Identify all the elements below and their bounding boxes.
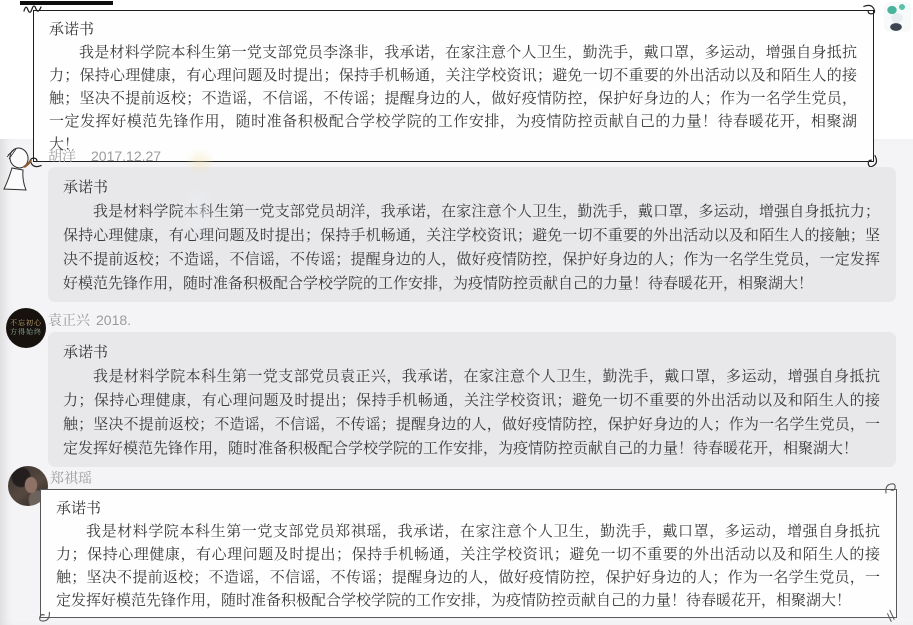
avatar-motto-line2: 方得始终	[10, 328, 42, 337]
message-list: 承诺书 我是材料学院本科生第一党支部党员李涤非，我承诺，在家注意个人卫生，勤洗手…	[0, 0, 913, 625]
author-name: 胡洋	[48, 148, 76, 164]
letter-body: 我是材料学院本科生第一党支部党员郑祺瑶，我承诺，在家注意个人卫生，勤洗手，戴口罩…	[56, 520, 880, 612]
avatar-motto-line1: 不忘初心	[10, 319, 42, 328]
letter-title: 承诺书	[56, 497, 880, 520]
letter-body: 我是材料学院本科生第一党支部党员袁正兴，我承诺，在家注意个人卫生，勤洗手，戴口罩…	[63, 365, 880, 461]
sketch-curl-icon	[881, 481, 901, 495]
sketch-tick-icon	[881, 604, 901, 625]
commitment-card[interactable]: 承诺书 我是材料学院本科生第一党支部党员李涤非，我承诺，在家注意个人卫生，勤洗手…	[33, 10, 874, 162]
timestamp: 2017.12.27	[91, 148, 161, 164]
letter-title: 承诺书	[63, 341, 880, 365]
author-name: 郑祺瑶	[50, 470, 92, 486]
message-bubble[interactable]: 承诺书 我是材料学院本科生第一党支部党员胡洋，我承诺，在家注意个人卫生，勤洗手，…	[48, 167, 896, 302]
message-meta: 郑祺瑶	[50, 468, 92, 488]
self-avatar[interactable]	[884, 2, 911, 32]
sketch-curl-icon	[33, 609, 54, 625]
sketch-person-icon	[2, 147, 42, 191]
top-border-line	[20, 1, 113, 5]
chat-screen: { "page": { "background_top": "#ffffff",…	[0, 0, 913, 625]
commitment-card[interactable]: 承诺书 我是材料学院本科生第一党支部党员郑祺瑶，我承诺，在家注意个人卫生，勤洗手…	[40, 489, 897, 618]
author-name: 袁正兴	[48, 312, 90, 328]
letter-body: 我是材料学院本科生第一党支部党员李涤非，我承诺，在家注意个人卫生，勤洗手，戴口罩…	[49, 41, 857, 156]
seal-avatar[interactable]: 不忘初心 方得始终	[6, 308, 46, 348]
letter-title: 承诺书	[63, 176, 880, 200]
message-bubble[interactable]: 承诺书 我是材料学院本科生第一党支部党员袁正兴，我承诺，在家注意个人卫生，勤洗手…	[48, 332, 896, 467]
message-meta: 胡洋2017.12.27	[48, 146, 161, 166]
letter-body: 我是材料学院本科生第一党支部党员胡洋，我承诺，在家注意个人卫生，勤洗手，戴口罩，…	[63, 200, 880, 296]
timestamp: 2018.	[96, 312, 131, 328]
sketch-curl-icon	[861, 0, 880, 21]
letter-title: 承诺书	[49, 18, 857, 41]
sketch-figure-avatar[interactable]	[2, 147, 42, 191]
message-meta: 袁正兴2018.	[48, 310, 131, 330]
